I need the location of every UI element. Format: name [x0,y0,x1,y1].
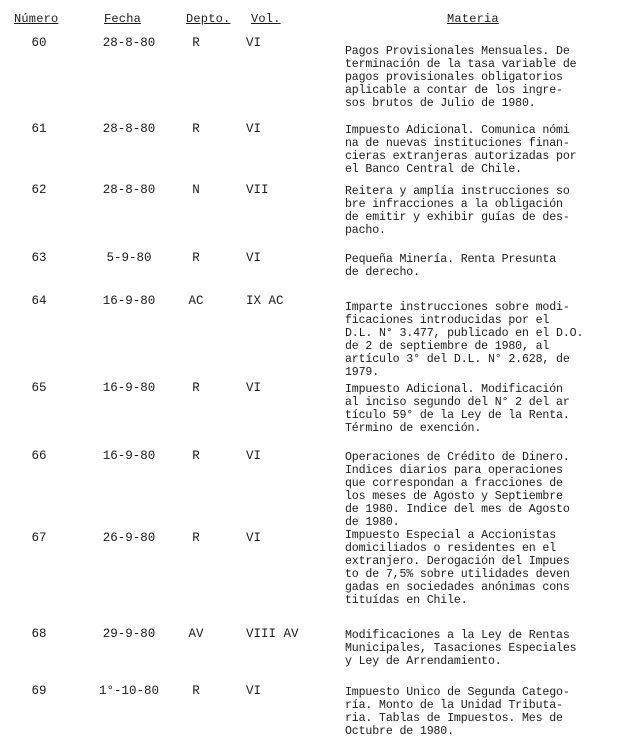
materia-line: Indices diarios para operaciones [345,464,627,477]
row-vol: VI [246,251,306,265]
header-vol: Vol. [251,12,281,26]
materia-line: Modificaciones a la Ley de Rentas [345,629,627,642]
row-fecha: 28-8-80 [98,183,160,197]
row-fecha: 16-9-80 [98,294,160,308]
row-depto: AV [184,627,208,641]
materia-line: de 2 de septiembre de 1980, al [345,340,627,353]
row-depto: N [184,183,208,197]
materia-line: Impuesto Adicional. Modificación [345,383,627,396]
row-numero: 67 [24,531,54,545]
row-materia: Modificaciones a la Ley de RentasMunicip… [345,629,627,668]
materia-line: los meses de Agosto y Septiembre [345,490,627,503]
row-numero: 61 [24,122,54,136]
materia-line: Impuesto Adicional. Comunica nómi [345,124,627,137]
row-fecha: 1°-10-80 [98,684,160,698]
header-depto: Depto. [186,12,230,26]
materia-line: y Ley de Arrendamiento. [345,655,627,668]
materia-line: D.L. N° 3.477, publicado en el D.O. [345,327,627,340]
row-depto: AC [184,294,208,308]
materia-line: to de 7,5% sobre utilidades deven [345,568,627,581]
materia-line: pacho. [345,224,627,237]
row-numero: 63 [24,251,54,265]
materia-line: Operaciones de Crédito de Dinero. [345,451,627,464]
materia-line: Impuesto Especial a Accionistas [345,529,627,542]
row-vol: VI [246,122,306,136]
materia-line: de 1980. [345,516,627,529]
row-vol: VI [246,449,306,463]
materia-line: ria. Tablas de Impuestos. Mes de [345,712,627,725]
materia-line: tículo 59° de la Ley de la Renta. [345,409,627,422]
row-materia: Reitera y amplía instrucciones sobre inf… [345,185,627,237]
row-depto: R [184,449,208,463]
materia-line: ría. Monto de la Unidad Tributa- [345,699,627,712]
row-numero: 68 [24,627,54,641]
materia-line: de derecho. [345,266,627,279]
materia-line: Imparte instrucciones sobre modi- [345,301,627,314]
row-fecha: 26-9-80 [98,531,160,545]
row-materia: Impuesto Adicional. Comunica nómina de n… [345,124,627,176]
row-materia: Impuesto Adicional. Modificaciónal incis… [345,383,627,435]
materia-line: ficaciones introducidas por el [345,314,627,327]
row-materia: Pequeña Minería. Renta Presuntade derech… [345,253,627,279]
row-depto: R [184,36,208,50]
materia-line: aplicable a contar de los ingre- [345,84,627,97]
header-fecha: Fecha [104,12,141,26]
materia-line: 1979. [345,366,627,379]
materia-line: domiciliados o residentes en el [345,542,627,555]
materia-line: que correspondan a fracciones de [345,477,627,490]
row-materia: Impuesto Especial a Accionistasdomicilia… [345,529,627,607]
row-materia: Impuesto Unico de Segunda Catego-ría. Mo… [345,686,627,738]
header-numero: Número [14,12,58,26]
row-materia: Pagos Provisionales Mensuales. Determina… [345,45,627,110]
row-fecha: 5-9-80 [98,251,160,265]
row-fecha: 29-9-80 [98,627,160,641]
row-numero: 62 [24,183,54,197]
materia-line: Municipales, Tasaciones Especiales [345,642,627,655]
row-vol: IX AC [246,294,306,308]
row-depto: R [184,381,208,395]
row-depto: R [184,531,208,545]
row-depto: R [184,251,208,265]
materia-line: Término de exención. [345,422,627,435]
row-materia: Operaciones de Crédito de Dinero.Indices… [345,451,627,529]
row-numero: 69 [24,684,54,698]
row-depto: R [184,684,208,698]
row-depto: R [184,122,208,136]
row-fecha: 28-8-80 [98,122,160,136]
row-numero: 60 [24,36,54,50]
row-numero: 66 [24,449,54,463]
materia-line: pagos provisionales obligatorios [345,71,627,84]
row-vol: VI [246,531,306,545]
materia-line: na de nuevas instituciones finan- [345,137,627,150]
materia-line: el Banco Central de Chile. [345,163,627,176]
row-numero: 65 [24,381,54,395]
materia-line: tituídas en Chile. [345,594,627,607]
row-vol: VI [246,381,306,395]
materia-line: Octubre de 1980. [345,725,627,738]
materia-line: de 1980. Indice del mes de Agosto [345,503,627,516]
materia-line: Pequeña Minería. Renta Presunta [345,253,627,266]
materia-line: Pagos Provisionales Mensuales. De [345,45,627,58]
materia-line: artículo 3° del D.L. N° 2.628, de [345,353,627,366]
header-materia: Materia [447,12,499,26]
materia-line: cieras extranjeras autorizadas por [345,150,627,163]
materia-line: extranjero. Derogación del Impues [345,555,627,568]
row-vol: VI [246,684,306,698]
materia-line: terminación de la tasa variable de [345,58,627,71]
materia-line: de emitir y exhibir guías de des- [345,211,627,224]
row-numero: 64 [24,294,54,308]
materia-line: Reitera y amplía instrucciones so [345,185,627,198]
row-vol: VI [246,36,306,50]
materia-line: al inciso segundo del N° 2 del ar [345,396,627,409]
row-materia: Imparte instrucciones sobre modi-ficacio… [345,301,627,379]
row-fecha: 28-8-80 [98,36,160,50]
materia-line: bre infracciones a la obligación [345,198,627,211]
materia-line: Impuesto Unico de Segunda Catego- [345,686,627,699]
row-fecha: 16-9-80 [98,381,160,395]
row-vol: VII [246,183,306,197]
materia-line: gadas en sociedades anónimas cons [345,581,627,594]
row-fecha: 16-9-80 [98,449,160,463]
row-vol: VIII AV [246,627,306,641]
materia-line: sos brutos de Julio de 1980. [345,97,627,110]
